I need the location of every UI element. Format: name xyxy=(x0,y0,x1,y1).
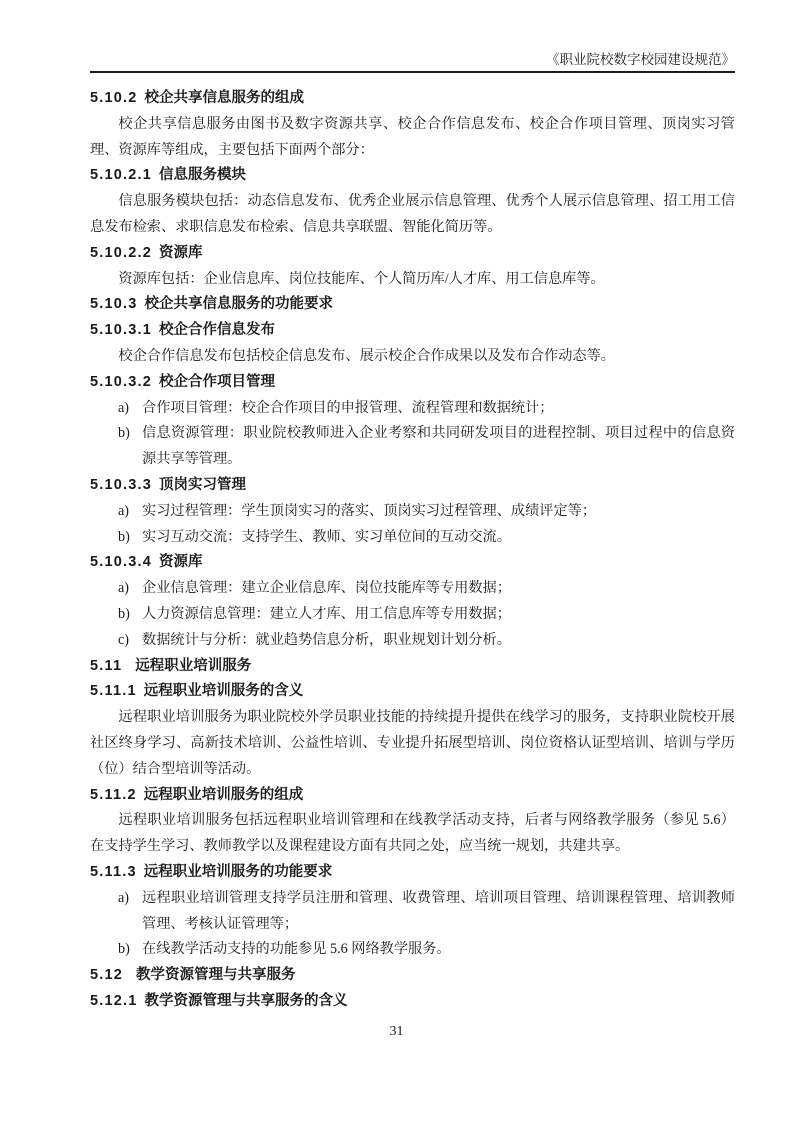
list-marker: a) xyxy=(118,576,129,602)
list-item: a) 实习过程管理：学生顶岗实习的落实、顶岗实习过程管理、成绩评定等； xyxy=(90,499,735,525)
clause-list: a) 合作项目管理：校企合作项目的申报管理、流程管理和数据统计； b) 信息资源… xyxy=(90,396,735,473)
list-item: b) 在线教学活动支持的功能参见 5.6 网络教学服务。 xyxy=(90,937,735,963)
list-item-text: 信息资源管理：职业院校教师进入企业考察和共同研发项目的进程控制、项目过程中的信息… xyxy=(142,425,735,467)
list-item-text: 数据统计与分析：就业趋势信息分析，职业规划计划分析。 xyxy=(142,632,511,648)
page-header-title: 《职业院校数字校园建设规范》 xyxy=(90,52,735,68)
section-title: 校企合作信息发布 xyxy=(159,322,275,338)
list-marker: c) xyxy=(118,628,129,654)
section-title: 资源库 xyxy=(159,245,203,261)
section-heading: 5.11.3远程职业培训服务的功能要求 xyxy=(90,860,735,886)
section-title: 教学资源管理与共享服务的含义 xyxy=(145,993,348,1009)
section-number: 5.11.1 xyxy=(90,683,137,699)
list-item: a) 合作项目管理：校企合作项目的申报管理、流程管理和数据统计； xyxy=(90,396,735,422)
clause-list: a) 企业信息管理：建立企业信息库、岗位技能库等专用数据； b) 人力资源信息管… xyxy=(90,576,735,653)
paragraph: 资源库包括：企业信息库、岗位技能库、个人简历库/人才库、用工信息库等。 xyxy=(90,267,735,293)
list-item-text: 实习过程管理：学生顶岗实习的落实、顶岗实习过程管理、成绩评定等； xyxy=(142,503,596,519)
section-title: 顶岗实习管理 xyxy=(159,477,246,493)
section-title: 远程职业培训服务 xyxy=(135,658,251,674)
list-marker: b) xyxy=(118,937,130,963)
section-title: 远程职业培训服务的组成 xyxy=(144,787,304,803)
section-number: 5.10.3.4 xyxy=(90,554,152,570)
section-heading: 5.10.3.4资源库 xyxy=(90,550,735,576)
list-marker: b) xyxy=(118,421,130,447)
section-title: 校企合作项目管理 xyxy=(159,374,275,390)
section-heading: 5.12.1教学资源管理与共享服务的含义 xyxy=(90,989,735,1015)
list-item: b) 实习互动交流：支持学生、教师、实习单位间的互动交流。 xyxy=(90,525,735,551)
page-number: 31 xyxy=(0,1024,793,1040)
section-heading: 5.10.2校企共享信息服务的组成 xyxy=(90,86,735,112)
header-rule xyxy=(90,71,735,73)
paragraph: 校企共享信息服务由图书及数字资源共享、校企合作信息发布、校企合作项目管理、顶岗实… xyxy=(90,112,735,164)
section-number: 5.10.2.2 xyxy=(90,245,152,261)
list-item: a) 远程职业培训管理支持学员注册和管理、收费管理、培训项目管理、培训课程管理、… xyxy=(90,886,735,938)
section-number: 5.11.2 xyxy=(90,787,137,803)
list-item: b) 人力资源信息管理：建立人才库、用工信息库等专用数据； xyxy=(90,602,735,628)
list-marker: a) xyxy=(118,886,129,912)
section-heading: 5.10.3.3顶岗实习管理 xyxy=(90,473,735,499)
section-number: 5.10.3 xyxy=(90,296,138,312)
list-marker: a) xyxy=(118,396,129,422)
list-item-text: 远程职业培训管理支持学员注册和管理、收费管理、培训项目管理、培训课程管理、培训教… xyxy=(142,890,735,932)
clause-list: a) 远程职业培训管理支持学员注册和管理、收费管理、培训项目管理、培训课程管理、… xyxy=(90,886,735,963)
document-page: 《职业院校数字校园建设规范》 5.10.2校企共享信息服务的组成 校企共享信息服… xyxy=(0,0,793,1122)
list-item-text: 企业信息管理：建立企业信息库、岗位技能库等专用数据； xyxy=(142,580,511,596)
list-item-text: 实习互动交流：支持学生、教师、实习单位间的互动交流。 xyxy=(142,529,511,545)
section-title: 教学资源管理与共享服务 xyxy=(136,967,296,983)
section-title: 校企共享信息服务的功能要求 xyxy=(145,296,334,312)
list-item: b) 信息资源管理：职业院校教师进入企业考察和共同研发项目的进程控制、项目过程中… xyxy=(90,421,735,473)
section-heading: 5.11远程职业培训服务 xyxy=(90,654,735,680)
section-title: 远程职业培训服务的功能要求 xyxy=(144,864,333,880)
list-marker: b) xyxy=(118,525,130,551)
paragraph: 校企合作信息发布包括校企信息发布、展示校企合作成果以及发布合作动态等。 xyxy=(90,344,735,370)
list-item: a) 企业信息管理：建立企业信息库、岗位技能库等专用数据； xyxy=(90,576,735,602)
section-heading: 5.10.3校企共享信息服务的功能要求 xyxy=(90,292,735,318)
section-heading: 5.10.3.1校企合作信息发布 xyxy=(90,318,735,344)
section-number: 5.10.3.2 xyxy=(90,374,152,390)
section-title: 校企共享信息服务的组成 xyxy=(145,90,305,106)
section-number: 5.12.1 xyxy=(90,993,138,1009)
list-item: c) 数据统计与分析：就业趋势信息分析，职业规划计划分析。 xyxy=(90,628,735,654)
section-heading: 5.10.3.2校企合作项目管理 xyxy=(90,370,735,396)
section-title: 远程职业培训服务的含义 xyxy=(144,683,304,699)
list-item-text: 在线教学活动支持的功能参见 5.6 网络教学服务。 xyxy=(142,941,451,957)
section-number: 5.10.2.1 xyxy=(90,167,152,183)
section-number: 5.10.2 xyxy=(90,90,138,106)
section-number: 5.11 xyxy=(90,658,122,674)
section-number: 5.10.3.3 xyxy=(90,477,152,493)
section-number: 5.12 xyxy=(90,967,123,983)
section-number: 5.10.3.1 xyxy=(90,322,152,338)
list-marker: a) xyxy=(118,499,129,525)
document-content: 5.10.2校企共享信息服务的组成 校企共享信息服务由图书及数字资源共享、校企合… xyxy=(90,86,735,1015)
section-number: 5.11.3 xyxy=(90,864,137,880)
section-heading: 5.11.1远程职业培训服务的含义 xyxy=(90,679,735,705)
section-title: 资源库 xyxy=(159,554,203,570)
section-heading: 5.11.2远程职业培训服务的组成 xyxy=(90,783,735,809)
paragraph: 远程职业培训服务包括远程职业培训管理和在线教学活动支持，后者与网络教学服务（参见… xyxy=(90,808,735,860)
list-marker: b) xyxy=(118,602,130,628)
section-heading: 5.12教学资源管理与共享服务 xyxy=(90,963,735,989)
section-title: 信息服务模块 xyxy=(159,167,246,183)
paragraph: 信息服务模块包括：动态信息发布、优秀企业展示信息管理、优秀个人展示信息管理、招工… xyxy=(90,189,735,241)
list-item-text: 人力资源信息管理：建立人才库、用工信息库等专用数据； xyxy=(142,606,511,622)
paragraph: 远程职业培训服务为职业院校外学员职业技能的持续提升提供在线学习的服务，支持职业院… xyxy=(90,705,735,782)
section-heading: 5.10.2.2资源库 xyxy=(90,241,735,267)
clause-list: a) 实习过程管理：学生顶岗实习的落实、顶岗实习过程管理、成绩评定等； b) 实… xyxy=(90,499,735,551)
list-item-text: 合作项目管理：校企合作项目的申报管理、流程管理和数据统计； xyxy=(142,400,553,416)
section-heading: 5.10.2.1信息服务模块 xyxy=(90,163,735,189)
